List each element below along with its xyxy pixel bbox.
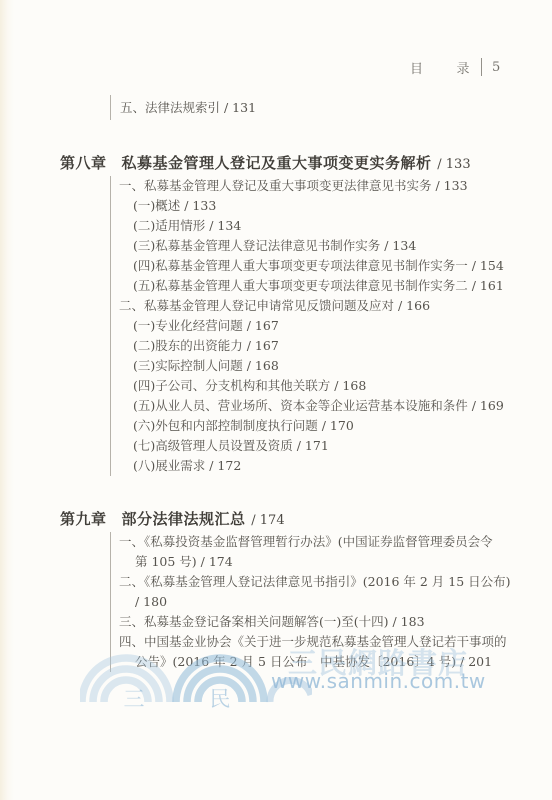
toc-item: (六)外包和内部控制制度执行问题 / 170 [111,416,540,436]
book-toc-page: 目 录 5 五、法律法规索引 / 131 第八章私募基金管理人登记及重大事项变更… [0,0,552,800]
toc-item: (一)专业化经营问题 / 167 [111,316,540,336]
chapter-8-page: / 133 [437,157,470,172]
toc-item: (三)私募基金管理人登记法律意见书制作实务 / 134 [111,236,540,256]
toc-item: (五)私募基金管理人重大事项变更专项法律意见书制作实务二 / 161 [111,276,540,296]
logo-char-min: 民 [210,687,231,708]
toc-item-continuation: 第 105 号) / 174 [111,552,540,572]
chapter-9-item-list: 一、《私募投资基金监督管理暂行办法》(中国证券监督管理委员会令 第 105 号)… [110,532,540,672]
toc-item: (七)高级管理人员设置及资质 / 171 [111,436,540,456]
toc-item: (四)私募基金管理人重大事项变更专项法律意见书制作实务一 / 154 [111,256,540,276]
toc-item: (八)展业需求 / 172 [111,456,540,476]
toc-item: (三)实际控制人问题 / 168 [111,356,540,376]
toc-item-prev-chapter: 五、法律法规索引 / 131 [110,95,256,120]
toc-item: (四)子公司、分支机构和其他关联方 / 168 [111,376,540,396]
toc-item: (一)概述 / 133 [111,196,540,216]
watermark-site-url: www.sanmin.com.tw [271,669,486,693]
page-header: 目 录 5 [410,56,501,78]
header-divider [481,58,482,76]
header-page-number: 5 [492,60,501,75]
chapter-9-number: 第九章 [60,510,107,528]
toc-item: (二)适用情形 / 134 [111,216,540,236]
toc-item: 一、私募基金管理人登记及重大事项变更法律意见书实务 / 133 [111,176,540,196]
chapter-8-item-list: 一、私募基金管理人登记及重大事项变更法律意见书实务 / 133 (一)概述 / … [110,176,540,476]
chapter-8-number: 第八章 [60,154,107,172]
chapter-9-title: 部分法律法规汇总 [122,510,246,528]
toc-item: 一、《私募投资基金监督管理暂行办法》(中国证券监督管理委员会令 [111,532,540,552]
header-title-char-2: 录 [457,58,471,77]
header-title-char-1: 目 [410,58,424,77]
toc-item: (二)股东的出资能力 / 167 [111,336,540,356]
toc-item-continuation: 公告》(2016 年 2 月 5 日公布 中基协发〔2016〕4 号) / 20… [111,652,540,672]
toc-item: 二、私募基金管理人登记申请常见反馈问题及应对 / 166 [111,296,540,316]
toc-item: 四、中国基金业协会《关于进一步规范私募基金管理人登记若干事项的 [111,632,540,652]
logo-char-san: 三 [124,687,145,708]
toc-item: 三、私募基金登记备案相关问题解答(一)至(十四) / 183 [111,612,540,632]
chapter-9-heading: 第九章部分法律法规汇总 / 174 [60,508,285,529]
toc-item: 二、《私募基金管理人登记法律意见书指引》(2016 年 2 月 15 日公布) [111,572,540,592]
chapter-8-heading: 第八章私募基金管理人登记及重大事项变更实务解析 / 133 [60,152,471,173]
toc-item: (五)从业人员、营业场所、资本金等企业运营基本设施和条件 / 169 [111,396,540,416]
chapter-9-page: / 174 [251,513,284,528]
chapter-8-title: 私募基金管理人登记及重大事项变更实务解析 [122,154,432,172]
page-left-edge-shadow [0,0,14,800]
toc-item-continuation: / 180 [111,592,540,612]
